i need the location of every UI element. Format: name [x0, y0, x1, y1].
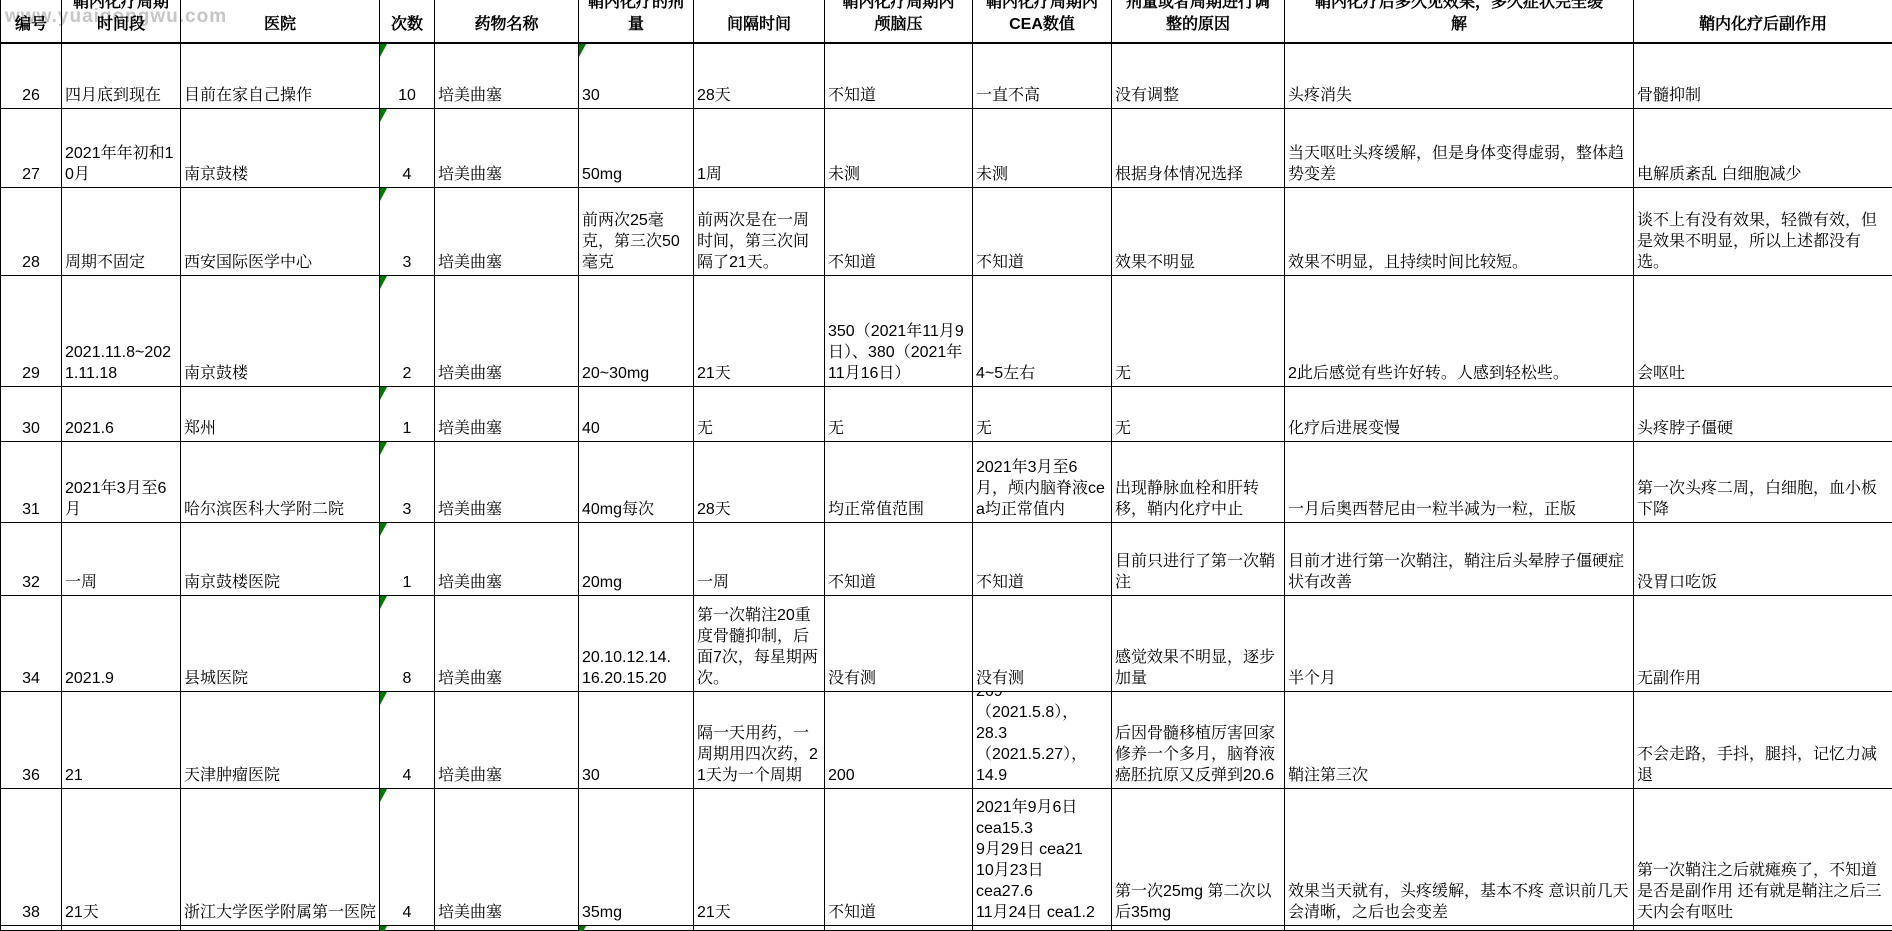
- cell-text: 骨髓抑制: [1637, 85, 1701, 106]
- table-row-32: 32一周南京鼓楼医院1培美曲塞20mg一周不知道不知道目前只进行了第一次鞘注目前…: [1, 523, 1892, 596]
- cell-34-yuanyin[interactable]: 感觉效果不明显，逐步加量: [1112, 596, 1285, 692]
- cell-26-cea[interactable]: 一直不高: [973, 43, 1112, 109]
- cell-31-cishu[interactable]: 3: [380, 442, 435, 523]
- cell-part-cishu[interactable]: [380, 926, 435, 931]
- cell-36-jiange[interactable]: 隔一天用药，一周期用四次药，21天为一个周期: [694, 692, 825, 789]
- cell-text: 南京鼓楼: [184, 363, 248, 384]
- cell-31-xiaoguo[interactable]: 一月后奥西替尼由一粒半减为一粒，正版: [1285, 442, 1634, 523]
- cell-29-lunaoya[interactable]: 350（2021年11月9日）、380（2021年11月16日）: [825, 276, 973, 387]
- cell-part-bianhao[interactable]: [1, 926, 62, 931]
- cell-text: 浙江大学医学附属第一医院: [184, 902, 376, 923]
- cell-text: 培美曲塞: [438, 572, 502, 593]
- cell-30-shijianduan[interactable]: 2021.6: [62, 387, 181, 442]
- cell-38-yuanyin[interactable]: 第一次25mg 第二次以后35mg: [1112, 789, 1285, 926]
- cell-32-xiaoguo[interactable]: 目前才进行第一次鞘注，鞘注后头晕脖子僵硬症状有改善: [1285, 523, 1634, 596]
- cell-text: 36: [22, 765, 40, 786]
- header-label: 次数: [391, 14, 423, 36]
- cell-38-cea[interactable]: 2021年9月6日 cea15.3 9月29日 cea21 10月23日 cea…: [973, 789, 1112, 926]
- cell-text: 21天: [697, 363, 731, 384]
- cell-27-cishu[interactable]: 4: [380, 109, 435, 188]
- cell-text: 未测: [828, 164, 860, 185]
- cell-36-yuanyin[interactable]: 后因骨髓移植厉害回家修养一个多月，脑脊液癌胚抗原又反弹到20.6: [1112, 692, 1285, 789]
- cell-30-yuanyin[interactable]: 无: [1112, 387, 1285, 442]
- cell-text: 天津肿瘤医院: [184, 765, 280, 786]
- cell-29-xiaoguo[interactable]: 2此后感觉有些许好转。人感到轻松些。: [1285, 276, 1634, 387]
- cell-text: 前两次25毫克，第三次50毫克: [582, 210, 690, 273]
- cell-30-bianhao[interactable]: 30: [1, 387, 62, 442]
- cell-31-jiliang[interactable]: 40mg每次: [579, 442, 694, 523]
- cell-28-yaowu[interactable]: 培美曲塞: [435, 188, 579, 276]
- cell-32-lunaoya[interactable]: 不知道: [825, 523, 973, 596]
- cell-28-lunaoya[interactable]: 不知道: [825, 188, 973, 276]
- cell-31-cea[interactable]: 2021年3月至6月，颅内脑脊液cea均正常值内: [973, 442, 1112, 523]
- cell-32-fuzuoyong[interactable]: 没胃口吃饭: [1634, 523, 1892, 596]
- cell-38-jiliang[interactable]: 35mg: [579, 789, 694, 926]
- cell-31-yaowu[interactable]: 培美曲塞: [435, 442, 579, 523]
- cell-text: 半个月: [1288, 668, 1336, 689]
- cell-text: 21: [65, 765, 83, 786]
- cell-28-fuzuoyong[interactable]: 谈不上有没有效果，轻微有效，但是效果不明显，所以上述都没有选。: [1634, 188, 1892, 276]
- cell-text: 隔一天用药，一周期用四次药，21天为一个周期: [697, 723, 821, 786]
- cell-34-lunaoya[interactable]: 没有测: [825, 596, 973, 692]
- cell-text: 30: [582, 765, 600, 786]
- cell-30-yiyuan[interactable]: 郑州: [181, 387, 380, 442]
- header-xiaoguo[interactable]: 鞘内化疗后多久见效果，多久症状完全缓 解: [1285, 0, 1634, 43]
- cell-text: 出现静脉血栓和肝转移，鞘内化疗中止: [1115, 478, 1281, 520]
- cell-text: 40: [582, 418, 600, 439]
- header-label: 编号: [15, 14, 47, 36]
- table-row-34: 342021.9县城医院8培美曲塞20.10.12.14. 16.20.15.2…: [1, 596, 1892, 692]
- cell-26-lunaoya[interactable]: 不知道: [825, 43, 973, 109]
- cell-text: 38: [22, 902, 40, 923]
- header-label: 间隔时间: [727, 14, 791, 36]
- cell-text: 40mg每次: [582, 499, 654, 520]
- header-label: 医院: [264, 14, 296, 36]
- cell-30-lunaoya[interactable]: 无: [825, 387, 973, 442]
- cell-text: 目前才进行第一次鞘注，鞘注后头晕脖子僵硬症状有改善: [1288, 551, 1630, 593]
- cell-36-yiyuan[interactable]: 天津肿瘤医院: [181, 692, 380, 789]
- cell-text: 30: [582, 85, 600, 106]
- cell-text: 电解质紊乱 白细胞减少: [1637, 164, 1801, 185]
- cell-text: 培美曲塞: [438, 668, 502, 689]
- cell-32-jiliang[interactable]: 20mg: [579, 523, 694, 596]
- cell-text: 26: [22, 85, 40, 106]
- cell-text: 2021.9: [65, 668, 114, 689]
- cell-30-jiliang[interactable]: 40: [579, 387, 694, 442]
- table-row-partial: [1, 926, 1892, 931]
- cell-text: 2021.11.8~2021.11.18: [65, 342, 177, 384]
- cell-29-cea[interactable]: 4~5左右: [973, 276, 1112, 387]
- cell-text: 哈尔滨医科大学附二院: [184, 499, 344, 520]
- cell-26-jiliang[interactable]: 30: [579, 43, 694, 109]
- header-bianhao[interactable]: 编号: [1, 0, 62, 43]
- header-yiyuan[interactable]: 医院: [181, 0, 380, 43]
- cell-26-yuanyin[interactable]: 没有调整: [1112, 43, 1285, 109]
- cell-text: 南京鼓楼: [184, 164, 248, 185]
- cell-text: 28: [22, 252, 40, 273]
- header-label: 鞘内化疗的剂 量: [588, 0, 684, 36]
- table-row-29: 292021.11.8~2021.11.18南京鼓楼2培美曲塞20~30mg21…: [1, 276, 1892, 387]
- cell-part-xiaoguo[interactable]: [1285, 926, 1634, 931]
- cell-27-xiaoguo[interactable]: 当天呕吐头疼缓解，但是身体变得虚弱，整体趋势变差: [1285, 109, 1634, 188]
- header-shijianduan[interactable]: 鞘内化疗周期 时间段: [62, 0, 181, 43]
- header-jiange[interactable]: 间隔时间: [694, 0, 825, 43]
- cell-text: 31: [22, 499, 40, 520]
- cell-text: 一周: [65, 572, 97, 593]
- table-row-31: 312021年3月至6月哈尔滨医科大学附二院3培美曲塞40mg每次28天均正常值…: [1, 442, 1892, 523]
- cell-34-shijianduan[interactable]: 2021.9: [62, 596, 181, 692]
- cell-38-yaowu[interactable]: 培美曲塞: [435, 789, 579, 926]
- cell-text: 1周: [697, 164, 722, 185]
- cell-31-fuzuoyong[interactable]: 第一次头疼二周，白细胞，血小板下降: [1634, 442, 1892, 523]
- header-lunaoya[interactable]: 鞘内化疗周期内 颅脑压: [825, 0, 973, 43]
- cell-text: 不知道: [976, 252, 1024, 273]
- cell-text: 周期不固定: [65, 252, 145, 273]
- cell-text: 28天: [697, 85, 731, 106]
- cell-28-cea[interactable]: 不知道: [973, 188, 1112, 276]
- cell-32-yiyuan[interactable]: 南京鼓楼医院: [181, 523, 380, 596]
- cell-26-xiaoguo[interactable]: 头疼消失: [1285, 43, 1634, 109]
- header-label: 鞘内化疗后副作用: [1699, 14, 1827, 36]
- cell-text: 不会走路，手抖，腿抖，记忆力减退: [1637, 744, 1889, 786]
- cell-text: 8: [403, 668, 412, 689]
- cell-29-shijianduan[interactable]: 2021.11.8~2021.11.18: [62, 276, 181, 387]
- cell-38-bianhao[interactable]: 38: [1, 789, 62, 926]
- cell-30-cishu[interactable]: 1: [380, 387, 435, 442]
- cell-32-cishu[interactable]: 1: [380, 523, 435, 596]
- cell-text: 第一次鞘注之后就瘫痪了，不知道是否是副作用 还有就是鞘注之后三天内会有呕吐: [1637, 860, 1889, 923]
- cell-28-yuanyin[interactable]: 效果不明显: [1112, 188, 1285, 276]
- cell-text: 29: [22, 363, 40, 384]
- cell-text: 效果不明显: [1115, 252, 1195, 273]
- cell-36-jiliang[interactable]: 30: [579, 692, 694, 789]
- cell-31-yiyuan[interactable]: 哈尔滨医科大学附二院: [181, 442, 380, 523]
- cell-text: 县城医院: [184, 668, 248, 689]
- cell-part-shijianduan[interactable]: [62, 926, 181, 931]
- table-row-26: 26四月底到现在目前在家自己操作10培美曲塞3028天不知道一直不高没有调整头疼…: [1, 43, 1892, 109]
- cell-28-shijianduan[interactable]: 周期不固定: [62, 188, 181, 276]
- cell-text: 头疼脖子僵硬: [1637, 418, 1733, 439]
- cell-27-shijianduan[interactable]: 2021年年初和10月: [62, 109, 181, 188]
- cell-29-yiyuan[interactable]: 南京鼓楼: [181, 276, 380, 387]
- cell-text: 32: [22, 572, 40, 593]
- cell-text: 培美曲塞: [438, 85, 502, 106]
- cell-30-jiange[interactable]: 无: [694, 387, 825, 442]
- cell-text: 四月底到现在: [65, 85, 161, 106]
- cell-text: 一直不高: [976, 85, 1040, 106]
- header-yuanyin[interactable]: 剂量或者周期进行调 整的原因: [1112, 0, 1285, 43]
- cell-27-bianhao[interactable]: 27: [1, 109, 62, 188]
- cell-29-fuzuoyong[interactable]: 会呕吐: [1634, 276, 1892, 387]
- cell-26-cishu[interactable]: 10: [380, 43, 435, 109]
- cell-28-cishu[interactable]: 3: [380, 188, 435, 276]
- cell-text: 南京鼓楼医院: [184, 572, 280, 593]
- cell-26-fuzuoyong[interactable]: 骨髓抑制: [1634, 43, 1892, 109]
- cell-27-jiliang[interactable]: 50mg: [579, 109, 694, 188]
- header-label: 鞘内化疗周期 时间段: [73, 0, 169, 36]
- cell-part-yiyuan[interactable]: [181, 926, 380, 931]
- cell-text: 没有测: [976, 668, 1024, 689]
- table-row-38: 3821天浙江大学医学附属第一医院4培美曲塞35mg21天不知道2021年9月6…: [1, 789, 1892, 926]
- cell-29-yuanyin[interactable]: 无: [1112, 276, 1285, 387]
- cell-31-lunaoya[interactable]: 均正常值范围: [825, 442, 973, 523]
- cell-text: 350（2021年11月9日）、380（2021年11月16日）: [828, 321, 969, 384]
- cell-text: 10: [398, 85, 416, 106]
- table-header: 编号鞘内化疗周期 时间段医院次数药物名称鞘内化疗的剂 量间隔时间鞘内化疗周期内 …: [1, 0, 1892, 43]
- cell-34-yaowu[interactable]: 培美曲塞: [435, 596, 579, 692]
- cell-31-shijianduan[interactable]: 2021年3月至6月: [62, 442, 181, 523]
- cell-34-fuzuoyong[interactable]: 无副作用: [1634, 596, 1892, 692]
- table-row-36: 3621天津肿瘤医院4培美曲塞30隔一天用药，一周期用四次药，21天为一个周期2…: [1, 692, 1892, 789]
- cell-text: 3: [403, 252, 412, 273]
- cell-text: 20mg: [582, 572, 622, 593]
- cell-34-jiange[interactable]: 第一次鞘注20重度骨髓抑制，后面7次，每星期两次。: [694, 596, 825, 692]
- cell-text: 2: [403, 363, 412, 384]
- cell-32-cea[interactable]: 不知道: [973, 523, 1112, 596]
- cell-34-bianhao[interactable]: 34: [1, 596, 62, 692]
- cell-text: 未测: [976, 164, 1008, 185]
- header-row: 编号鞘内化疗周期 时间段医院次数药物名称鞘内化疗的剂 量间隔时间鞘内化疗周期内 …: [1, 0, 1892, 43]
- data-table: 编号鞘内化疗周期 时间段医院次数药物名称鞘内化疗的剂 量间隔时间鞘内化疗周期内 …: [0, 0, 1892, 931]
- cell-text: 4: [403, 765, 412, 786]
- cell-34-jiliang[interactable]: 20.10.12.14. 16.20.15.20: [579, 596, 694, 692]
- cell-32-jiange[interactable]: 一周: [694, 523, 825, 596]
- cell-text: 21天: [65, 902, 99, 923]
- cell-28-jiange[interactable]: 前两次是在一周时间，第三次间隔了21天。: [694, 188, 825, 276]
- cell-text: 一月后奥西替尼由一粒半减为一粒，正版: [1288, 499, 1576, 520]
- cell-30-xiaoguo[interactable]: 化疗后进展变慢: [1285, 387, 1634, 442]
- cell-38-cishu[interactable]: 4: [380, 789, 435, 926]
- header-label: 鞘内化疗周期内 颅脑压: [842, 0, 954, 36]
- cell-text: 27: [22, 164, 40, 185]
- cell-text: 34: [22, 668, 40, 689]
- header-label: 鞘内化疗后多久见效果，多久症状完全缓 解: [1315, 0, 1603, 36]
- cell-text: 35mg: [582, 902, 622, 923]
- cell-text: 1: [403, 572, 412, 593]
- cell-31-yuanyin[interactable]: 出现静脉血栓和肝转移，鞘内化疗中止: [1112, 442, 1285, 523]
- cell-part-cea[interactable]: [973, 926, 1112, 931]
- table-body: 26四月底到现在目前在家自己操作10培美曲塞3028天不知道一直不高没有调整头疼…: [1, 43, 1892, 931]
- spreadsheet-screenshot: { "watermark": "www.yuaigongwu.com", "co…: [0, 0, 1892, 931]
- table-row-30: 302021.6郑州1培美曲塞40无无无无化疗后进展变慢头疼脖子僵硬: [1, 387, 1892, 442]
- cell-text: 目前只进行了第一次鞘注: [1115, 551, 1281, 593]
- cell-text: 4: [403, 902, 412, 923]
- cell-text: 2021年3月至6月，颅内脑脊液cea均正常值内: [976, 457, 1108, 520]
- cell-38-xiaoguo[interactable]: 效果当天就有，头疼缓解，基本不疼 意识前几天会清晰，之后也会变差: [1285, 789, 1634, 926]
- cell-text: 269 （2021.5.8）， 28.3 （2021.5.27）， 14.9: [976, 692, 1087, 786]
- cell-text: 培美曲塞: [438, 499, 502, 520]
- cell-36-lunaoya[interactable]: 200: [825, 692, 973, 789]
- cell-text: 第一次25mg 第二次以后35mg: [1115, 881, 1281, 923]
- cell-27-lunaoya[interactable]: 未测: [825, 109, 973, 188]
- cell-32-shijianduan[interactable]: 一周: [62, 523, 181, 596]
- cell-text: 2021.6: [65, 418, 114, 439]
- cell-29-yaowu[interactable]: 培美曲塞: [435, 276, 579, 387]
- cell-text: 20.10.12.14. 16.20.15.20: [582, 647, 671, 689]
- cell-28-xiaoguo[interactable]: 效果不明显，且持续时间比较短。: [1285, 188, 1634, 276]
- cell-36-fuzuoyong[interactable]: 不会走路，手抖，腿抖，记忆力减退: [1634, 692, 1892, 789]
- cell-text: 效果当天就有，头疼缓解，基本不疼 意识前几天会清晰，之后也会变差: [1288, 881, 1630, 923]
- cell-text: 化疗后进展变慢: [1288, 418, 1400, 439]
- cell-text: 2021年3月至6月: [65, 478, 177, 520]
- cell-text: 没有测: [828, 668, 876, 689]
- cell-part-jiliang[interactable]: [579, 926, 694, 931]
- cell-text: 没胃口吃饭: [1637, 572, 1717, 593]
- header-jiliang[interactable]: 鞘内化疗的剂 量: [579, 0, 694, 43]
- cell-text: 不知道: [828, 572, 876, 593]
- cell-text: 感觉效果不明显，逐步加量: [1115, 647, 1281, 689]
- cell-part-lunaoya[interactable]: [825, 926, 973, 931]
- cell-text: 不知道: [976, 572, 1024, 593]
- table-row-27: 272021年年初和10月南京鼓楼4培美曲塞50mg1周未测未测根据身体情况选择…: [1, 109, 1892, 188]
- cell-text: 西安国际医学中心: [184, 252, 312, 273]
- cell-26-yiyuan[interactable]: 目前在家自己操作: [181, 43, 380, 109]
- cell-27-yuanyin[interactable]: 根据身体情况选择: [1112, 109, 1285, 188]
- cell-text: 根据身体情况选择: [1115, 164, 1243, 185]
- cell-32-bianhao[interactable]: 32: [1, 523, 62, 596]
- table-row-28: 28周期不固定西安国际医学中心3培美曲塞前两次25毫克，第三次50毫克前两次是在…: [1, 188, 1892, 276]
- cell-34-xiaoguo[interactable]: 半个月: [1285, 596, 1634, 692]
- cell-38-lunaoya[interactable]: 不知道: [825, 789, 973, 926]
- cell-text: 后因骨髓移植厉害回家修养一个多月，脑脊液癌胚抗原又反弹到20.6: [1115, 723, 1281, 786]
- cell-36-bianhao[interactable]: 36: [1, 692, 62, 789]
- cell-38-yiyuan[interactable]: 浙江大学医学附属第一医院: [181, 789, 380, 926]
- header-label: 鞘内化疗周期内 CEA数值: [986, 0, 1098, 36]
- cell-36-yaowu[interactable]: 培美曲塞: [435, 692, 579, 789]
- cell-part-jiange[interactable]: [694, 926, 825, 931]
- header-cea[interactable]: 鞘内化疗周期内 CEA数值: [973, 0, 1112, 43]
- cell-28-jiliang[interactable]: 前两次25毫克，第三次50毫克: [579, 188, 694, 276]
- cell-text: 2021年9月6日 cea15.3 9月29日 cea21 10月23日 cea…: [976, 797, 1095, 923]
- cell-36-cishu[interactable]: 4: [380, 692, 435, 789]
- cell-text: 1: [403, 418, 412, 439]
- cell-text: 无: [976, 418, 992, 439]
- cell-text: 谈不上有没有效果，轻微有效，但是效果不明显，所以上述都没有选。: [1637, 210, 1889, 273]
- cell-text: 培美曲塞: [438, 363, 502, 384]
- header-cishu[interactable]: 次数: [380, 0, 435, 43]
- cell-text: 4: [403, 164, 412, 185]
- cell-26-shijianduan[interactable]: 四月底到现在: [62, 43, 181, 109]
- cell-30-yaowu[interactable]: 培美曲塞: [435, 387, 579, 442]
- cell-text: 前两次是在一周时间，第三次间隔了21天。: [697, 210, 821, 273]
- cell-32-yaowu[interactable]: 培美曲塞: [435, 523, 579, 596]
- cell-part-yuanyin[interactable]: [1112, 926, 1285, 931]
- header-fuzuoyong[interactable]: 鞘内化疗后副作用: [1634, 0, 1892, 43]
- cell-27-fuzuoyong[interactable]: 电解质紊乱 白细胞减少: [1634, 109, 1892, 188]
- cell-34-yiyuan[interactable]: 县城医院: [181, 596, 380, 692]
- cell-text: 20~30mg: [582, 363, 649, 384]
- cell-38-fuzuoyong[interactable]: 第一次鞘注之后就瘫痪了，不知道是否是副作用 还有就是鞘注之后三天内会有呕吐: [1634, 789, 1892, 926]
- cell-text: 郑州: [184, 418, 216, 439]
- cell-27-cea[interactable]: 未测: [973, 109, 1112, 188]
- cell-text: 目前在家自己操作: [184, 85, 312, 106]
- cell-26-bianhao[interactable]: 26: [1, 43, 62, 109]
- cell-29-jiange[interactable]: 21天: [694, 276, 825, 387]
- cell-38-jiange[interactable]: 21天: [694, 789, 825, 926]
- cell-text: 50mg: [582, 164, 622, 185]
- cell-text: 无: [697, 418, 713, 439]
- cell-text: 培美曲塞: [438, 765, 502, 786]
- cell-text: 200: [828, 765, 855, 786]
- cell-text: 21天: [697, 902, 731, 923]
- cell-31-jiange[interactable]: 28天: [694, 442, 825, 523]
- cell-29-bianhao[interactable]: 29: [1, 276, 62, 387]
- cell-36-cea[interactable]: 269 （2021.5.8）， 28.3 （2021.5.27）， 14.9: [973, 692, 1112, 789]
- cell-38-shijianduan[interactable]: 21天: [62, 789, 181, 926]
- cell-text: 不知道: [828, 252, 876, 273]
- cell-26-jiange[interactable]: 28天: [694, 43, 825, 109]
- header-label: 剂量或者周期进行调 整的原因: [1126, 0, 1270, 36]
- cell-31-bianhao[interactable]: 31: [1, 442, 62, 523]
- cell-text: 培美曲塞: [438, 902, 502, 923]
- cell-part-yaowu[interactable]: [435, 926, 579, 931]
- cell-28-yiyuan[interactable]: 西安国际医学中心: [181, 188, 380, 276]
- cell-27-yiyuan[interactable]: 南京鼓楼: [181, 109, 380, 188]
- cell-32-yuanyin[interactable]: 目前只进行了第一次鞘注: [1112, 523, 1285, 596]
- cell-text: 一周: [697, 572, 729, 593]
- cell-26-yaowu[interactable]: 培美曲塞: [435, 43, 579, 109]
- cell-part-fuzuoyong[interactable]: [1634, 926, 1892, 931]
- cell-34-cishu[interactable]: 8: [380, 596, 435, 692]
- cell-text: 会呕吐: [1637, 363, 1685, 384]
- cell-text: 30: [22, 418, 40, 439]
- cell-36-xiaoguo[interactable]: 鞘注第三次: [1285, 692, 1634, 789]
- cell-text: 无: [828, 418, 844, 439]
- cell-30-fuzuoyong[interactable]: 头疼脖子僵硬: [1634, 387, 1892, 442]
- cell-text: 4~5左右: [976, 363, 1035, 384]
- cell-text: 第一次头疼二周，白细胞，血小板下降: [1637, 478, 1889, 520]
- cell-text: 无: [1115, 363, 1131, 384]
- cell-29-cishu[interactable]: 2: [380, 276, 435, 387]
- cell-text: 当天呕吐头疼缓解，但是身体变得虚弱，整体趋势变差: [1288, 143, 1630, 185]
- cell-27-yaowu[interactable]: 培美曲塞: [435, 109, 579, 188]
- cell-27-jiange[interactable]: 1周: [694, 109, 825, 188]
- cell-text: 第一次鞘注20重度骨髓抑制，后面7次，每星期两次。: [697, 605, 821, 689]
- cell-text: 2此后感觉有些许好转。人感到轻松些。: [1288, 363, 1569, 384]
- cell-text: 没有调整: [1115, 85, 1179, 106]
- cell-text: 头疼消失: [1288, 85, 1352, 106]
- cell-29-jiliang[interactable]: 20~30mg: [579, 276, 694, 387]
- header-label: 药物名称: [474, 14, 538, 36]
- cell-text: 28天: [697, 499, 731, 520]
- cell-text: 鞘注第三次: [1288, 765, 1368, 786]
- cell-text: 无副作用: [1637, 668, 1701, 689]
- cell-text: 效果不明显，且持续时间比较短。: [1288, 252, 1528, 273]
- header-yaowu[interactable]: 药物名称: [435, 0, 579, 43]
- cell-36-shijianduan[interactable]: 21: [62, 692, 181, 789]
- cell-text: 培美曲塞: [438, 418, 502, 439]
- cell-28-bianhao[interactable]: 28: [1, 188, 62, 276]
- cell-text: 培美曲塞: [438, 252, 502, 273]
- cell-text: 2021年年初和10月: [65, 143, 177, 185]
- cell-text: 不知道: [828, 902, 876, 923]
- cell-text: 培美曲塞: [438, 164, 502, 185]
- cell-text: 无: [1115, 418, 1131, 439]
- cell-text: 3: [403, 499, 412, 520]
- cell-text: 不知道: [828, 85, 876, 106]
- cell-30-cea[interactable]: 无: [973, 387, 1112, 442]
- cell-text: 均正常值范围: [828, 499, 924, 520]
- cell-34-cea[interactable]: 没有测: [973, 596, 1112, 692]
